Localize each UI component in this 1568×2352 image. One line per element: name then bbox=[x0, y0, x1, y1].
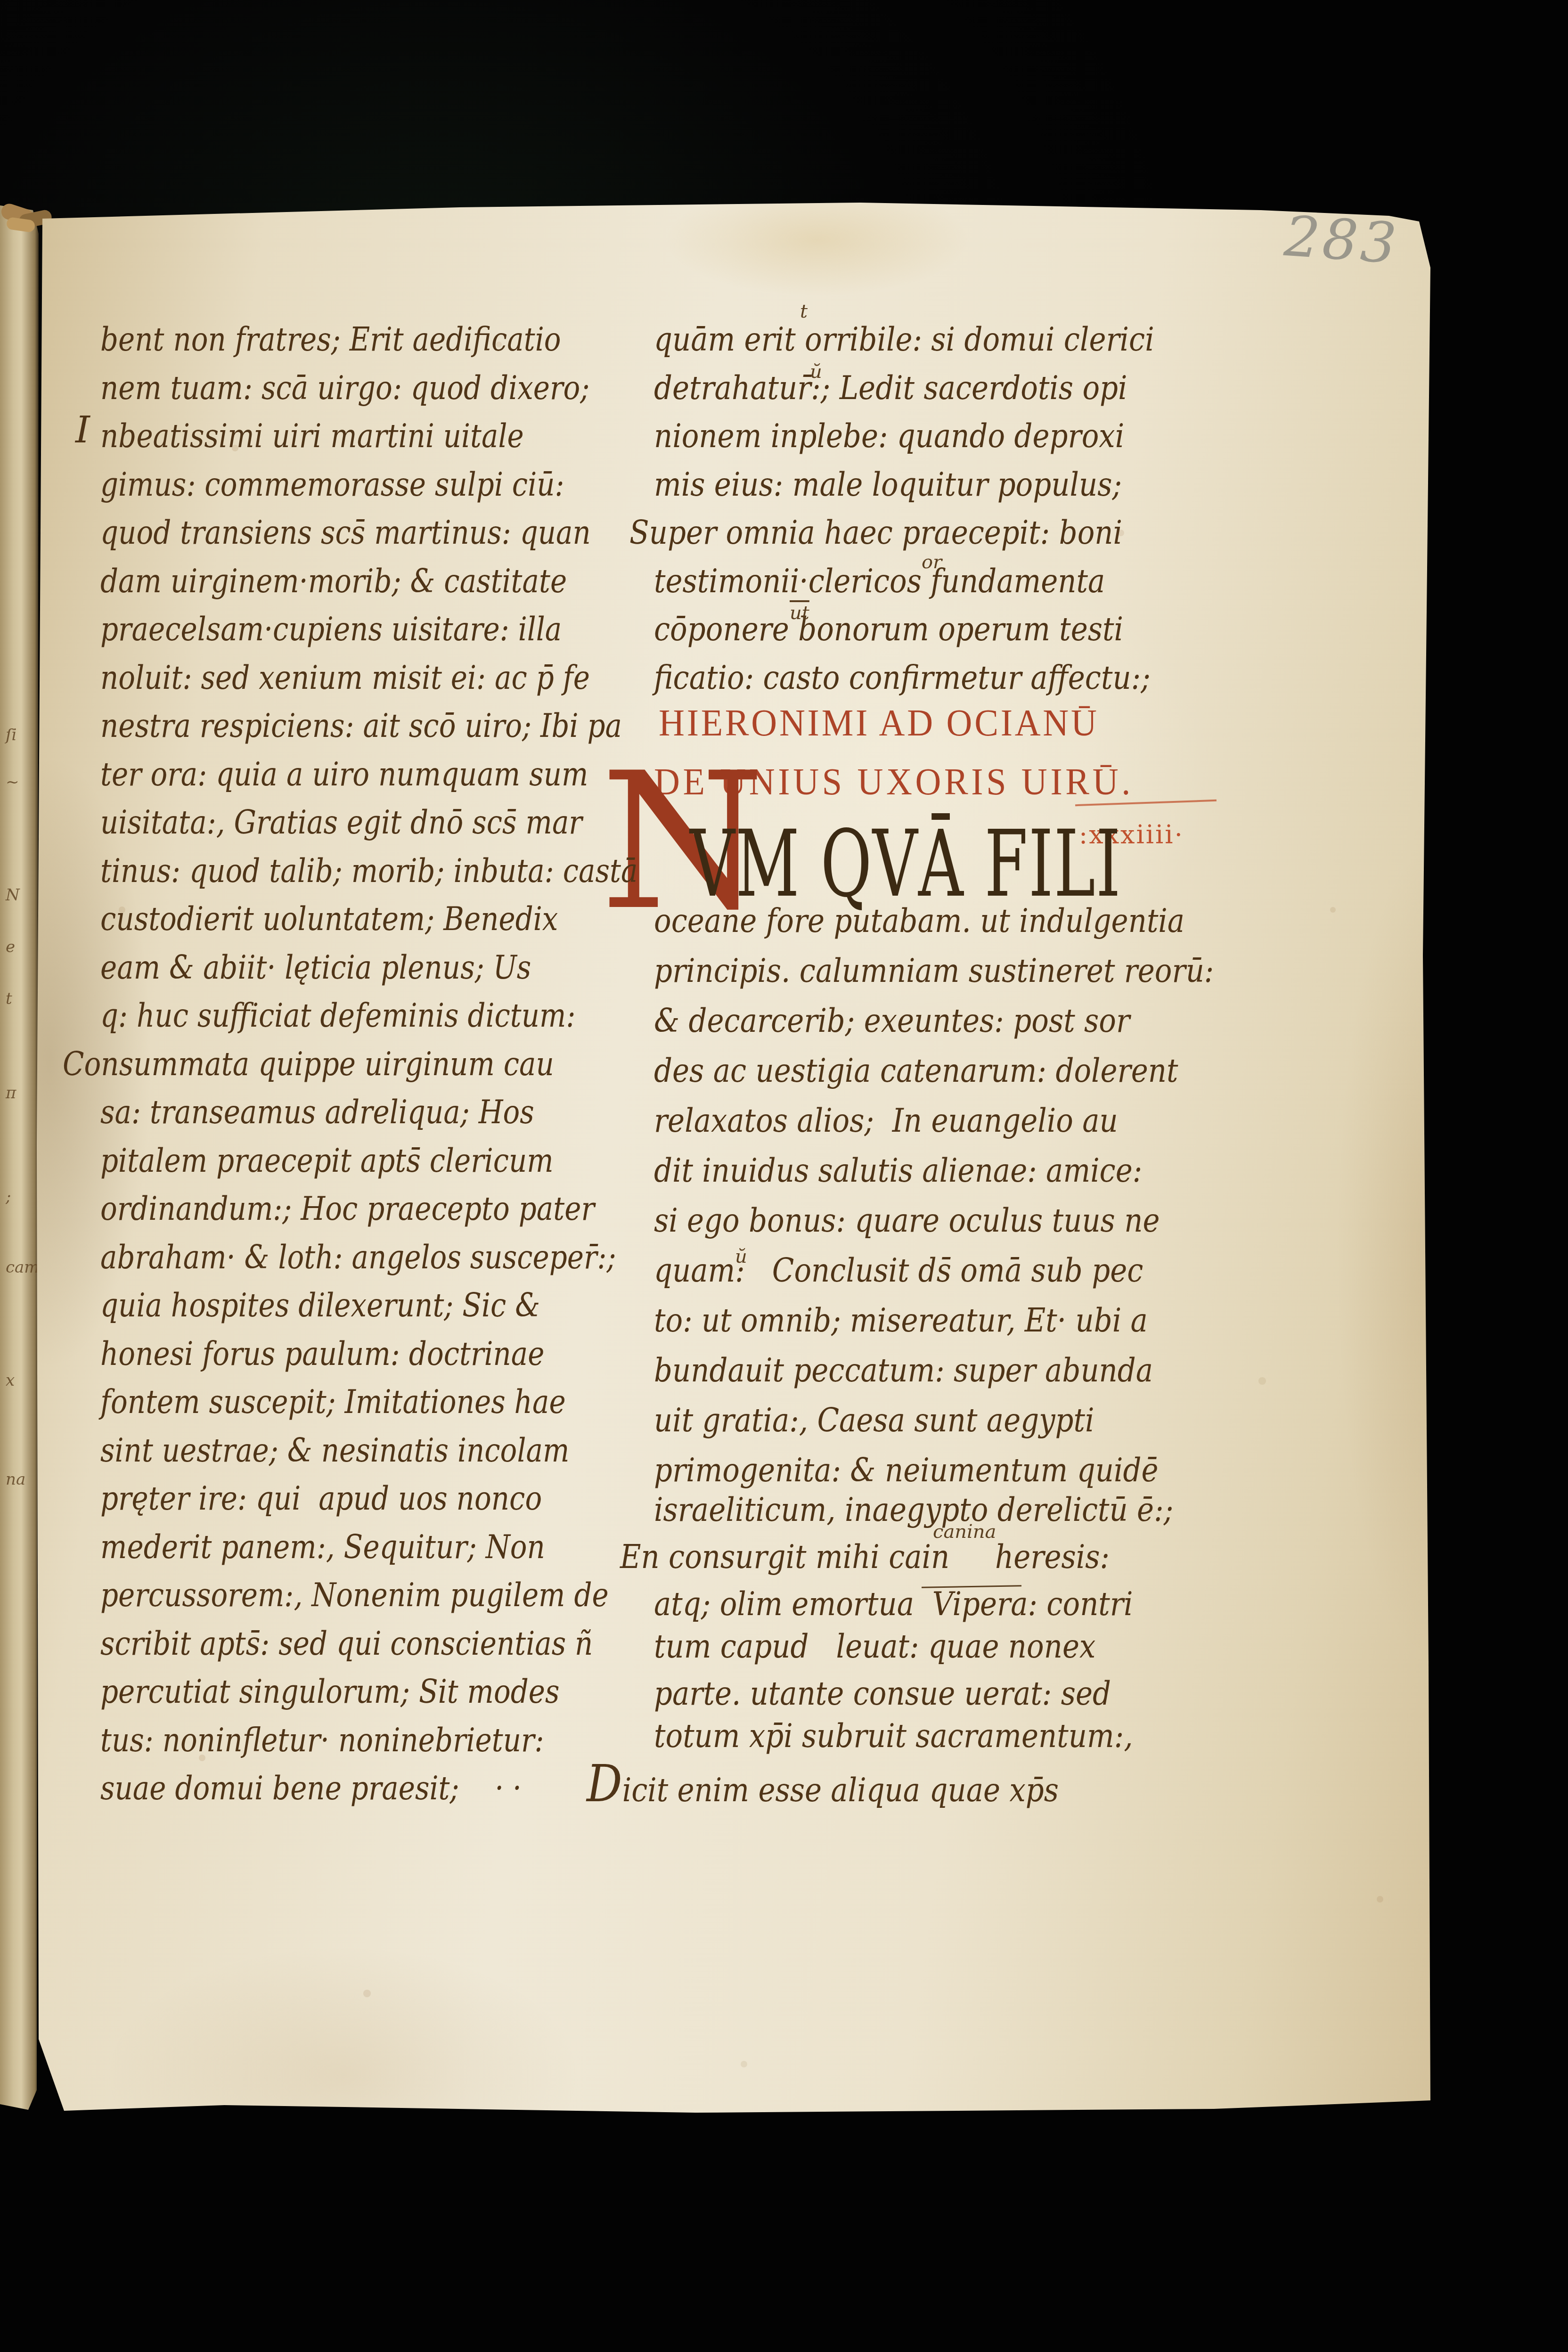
text-line: ficatio: casto confirmetur affectu:; bbox=[654, 656, 1151, 699]
text-line: percutiat singulorum; Sit modes bbox=[100, 1670, 560, 1713]
text-line: atq; olim emortua Vipera: contri bbox=[654, 1582, 1133, 1625]
text-line: uit gratia:, Caesa sunt aegypti bbox=[654, 1398, 1094, 1442]
text-line: ordinandum:; Hoc praecepto pater bbox=[100, 1187, 595, 1230]
text-line: dam uirginem·morib; & castitate bbox=[100, 559, 567, 603]
text-line: mederit panem:, Sequitur; Non bbox=[100, 1525, 545, 1568]
text-line: q: huc sufficiat defeminis dictum: bbox=[100, 994, 576, 1037]
text-line: scribit apts̄: sed qui conscientias ñ bbox=[100, 1622, 593, 1665]
nequam-mark: ŭ bbox=[735, 1246, 747, 1267]
edge-letter-fragment: cam bbox=[6, 1258, 40, 1277]
text-line: nestra respiciens: ait scō uiro; Ibi pa bbox=[100, 704, 622, 747]
text-line: quia hospites dilexerunt; Sic & bbox=[100, 1283, 540, 1327]
text-line: quam: Conclusit ds̄ omā sub pec bbox=[654, 1249, 1143, 1292]
text-line: relaxatos alios; In euangelio au bbox=[654, 1099, 1118, 1142]
text-line: nionem inplebe: quando deproxi bbox=[654, 414, 1124, 457]
text-line: primogenita: & neiumentum quidē bbox=[654, 1448, 1158, 1492]
text-line: & decarcerib; exeuntes: post sor bbox=[654, 999, 1130, 1042]
text-line: bent non fratres; Erit aedificatio bbox=[100, 318, 561, 361]
edge-letter-fragment: N bbox=[6, 886, 20, 905]
text-line: mis eius: male loquitur populus; bbox=[654, 463, 1122, 506]
text-line: praecelsam·cupiens uisitare: illa bbox=[100, 607, 562, 651]
edge-letter-fragment: t bbox=[6, 989, 12, 1008]
text-line: to: ut omnib; misereatur, Et· ubi a bbox=[654, 1298, 1148, 1342]
cain-gloss: canina bbox=[933, 1521, 996, 1543]
text-line: israeliticum, inaegypto derelictū ē:; bbox=[654, 1488, 1173, 1531]
componere-gloss: ut bbox=[790, 602, 809, 624]
text-line: pitalem praecepit apts̄ clericum bbox=[100, 1139, 554, 1182]
text-line: quām erit orribile: si domui clerici bbox=[654, 318, 1154, 361]
folio-number-pencil: 283 bbox=[1282, 204, 1401, 277]
text-line: tum capud leuat: quae nonex bbox=[654, 1625, 1095, 1668]
text-line: principis. calumniam sustineret reorū: bbox=[654, 949, 1214, 992]
previous-folio-edge bbox=[0, 205, 39, 2110]
photograph: ſi~Netπ;camxna I HIERONIMI AD OCIANŪ DE … bbox=[0, 0, 1568, 2352]
text-line: abraham· & loth: angelos susceper̄:; bbox=[100, 1235, 616, 1279]
text-line: fontem suscepit; Imitationes hae bbox=[100, 1380, 566, 1423]
text-line: eam & abiit· lęticia plenus; Us bbox=[100, 946, 531, 989]
edge-letter-fragment: ~ bbox=[6, 773, 19, 792]
text-line: nbeatissimi uiri martini uitale bbox=[100, 414, 524, 457]
text-line: custodierit uoluntatem; Benedix bbox=[100, 897, 558, 940]
erit-correction: t bbox=[800, 301, 808, 322]
text-line: bundauit peccatum: super abunda bbox=[654, 1348, 1153, 1392]
marginal-initial-I: I bbox=[75, 409, 90, 451]
detrahatur-mark: ŭ bbox=[810, 361, 822, 383]
incipit-display-capitals: VM QVĀ FILI bbox=[690, 818, 1121, 910]
text-line: En consurgit mihi cain heresis: bbox=[620, 1535, 1110, 1578]
text-line: dit inuidus salutis alienae: amice: bbox=[654, 1149, 1142, 1192]
text-line: parte. utante consue uerat: sed bbox=[654, 1672, 1111, 1715]
edge-letter-fragment: ; bbox=[6, 1187, 11, 1206]
text-line: Super omnia haec praecepit: boni bbox=[629, 511, 1122, 554]
text-line: nem tuam: scā uirgo: quod dixero; bbox=[100, 366, 589, 409]
text-line: totum xp̄i subruit sacramentum:, bbox=[654, 1714, 1133, 1757]
text-line: ter ora: quia a uiro numquam sum bbox=[100, 752, 588, 796]
edge-letter-fragment: x bbox=[6, 1371, 15, 1390]
text-line: pręter ire: qui apud uos nonco bbox=[100, 1477, 542, 1520]
text-line: sa: transeamus adreliqua; Hos bbox=[100, 1090, 534, 1134]
text-line: sint uestrae; & nesinatis incolam bbox=[100, 1429, 569, 1472]
text-line: gimus: commemorasse sulpi ciū: bbox=[100, 463, 564, 506]
text-line: tus: noninfletur· noninebrietur: bbox=[100, 1718, 544, 1762]
text-line: si ego bonus: quare oculus tuus ne bbox=[654, 1199, 1160, 1242]
edge-letter-fragment: π bbox=[6, 1084, 16, 1102]
text-line: detrahatur̄:; Ledit sacerdotis opi bbox=[654, 366, 1127, 409]
text-line: percussorem:, Nonenim pugilem de bbox=[100, 1573, 609, 1617]
text-line: des ac uestigia catenarum: dolerent bbox=[654, 1049, 1178, 1092]
edge-letter-fragment: ſi bbox=[6, 726, 16, 744]
text-line: quod transiens scs̄ martinus: quan bbox=[100, 511, 591, 554]
text-line: suae domui bene praesit; · · bbox=[100, 1766, 522, 1810]
text-line-dicit: Dicit enim esse aliqua quae xp̄s bbox=[587, 1762, 1059, 1812]
text-line: oceane fore putabam. ut indulgentia bbox=[654, 899, 1184, 942]
text-line: Consummata quippe uirginum cau bbox=[63, 1042, 554, 1086]
clericos-correction: or bbox=[922, 551, 942, 573]
text-line: honesi forus paulum: doctrinae bbox=[100, 1332, 544, 1375]
text-line: testimonii·clericos fundamenta bbox=[654, 559, 1105, 603]
edge-letter-fragment: e bbox=[6, 938, 15, 956]
text-line: uisitata:, Gratias egit dnō scs̄ mar bbox=[100, 800, 582, 844]
manuscript-page: I HIERONIMI AD OCIANŪ DE UNIUS UXORIS UI… bbox=[36, 202, 1431, 2114]
edge-letter-fragment: na bbox=[6, 1470, 25, 1489]
text-line: cōponere bonorum operum testi bbox=[654, 607, 1123, 651]
text-line: noluit: sed xenium misit ei: ac p̄ fe bbox=[100, 656, 590, 699]
text-line: tinus: quod talib; morib; inbuta: castā bbox=[100, 849, 637, 892]
